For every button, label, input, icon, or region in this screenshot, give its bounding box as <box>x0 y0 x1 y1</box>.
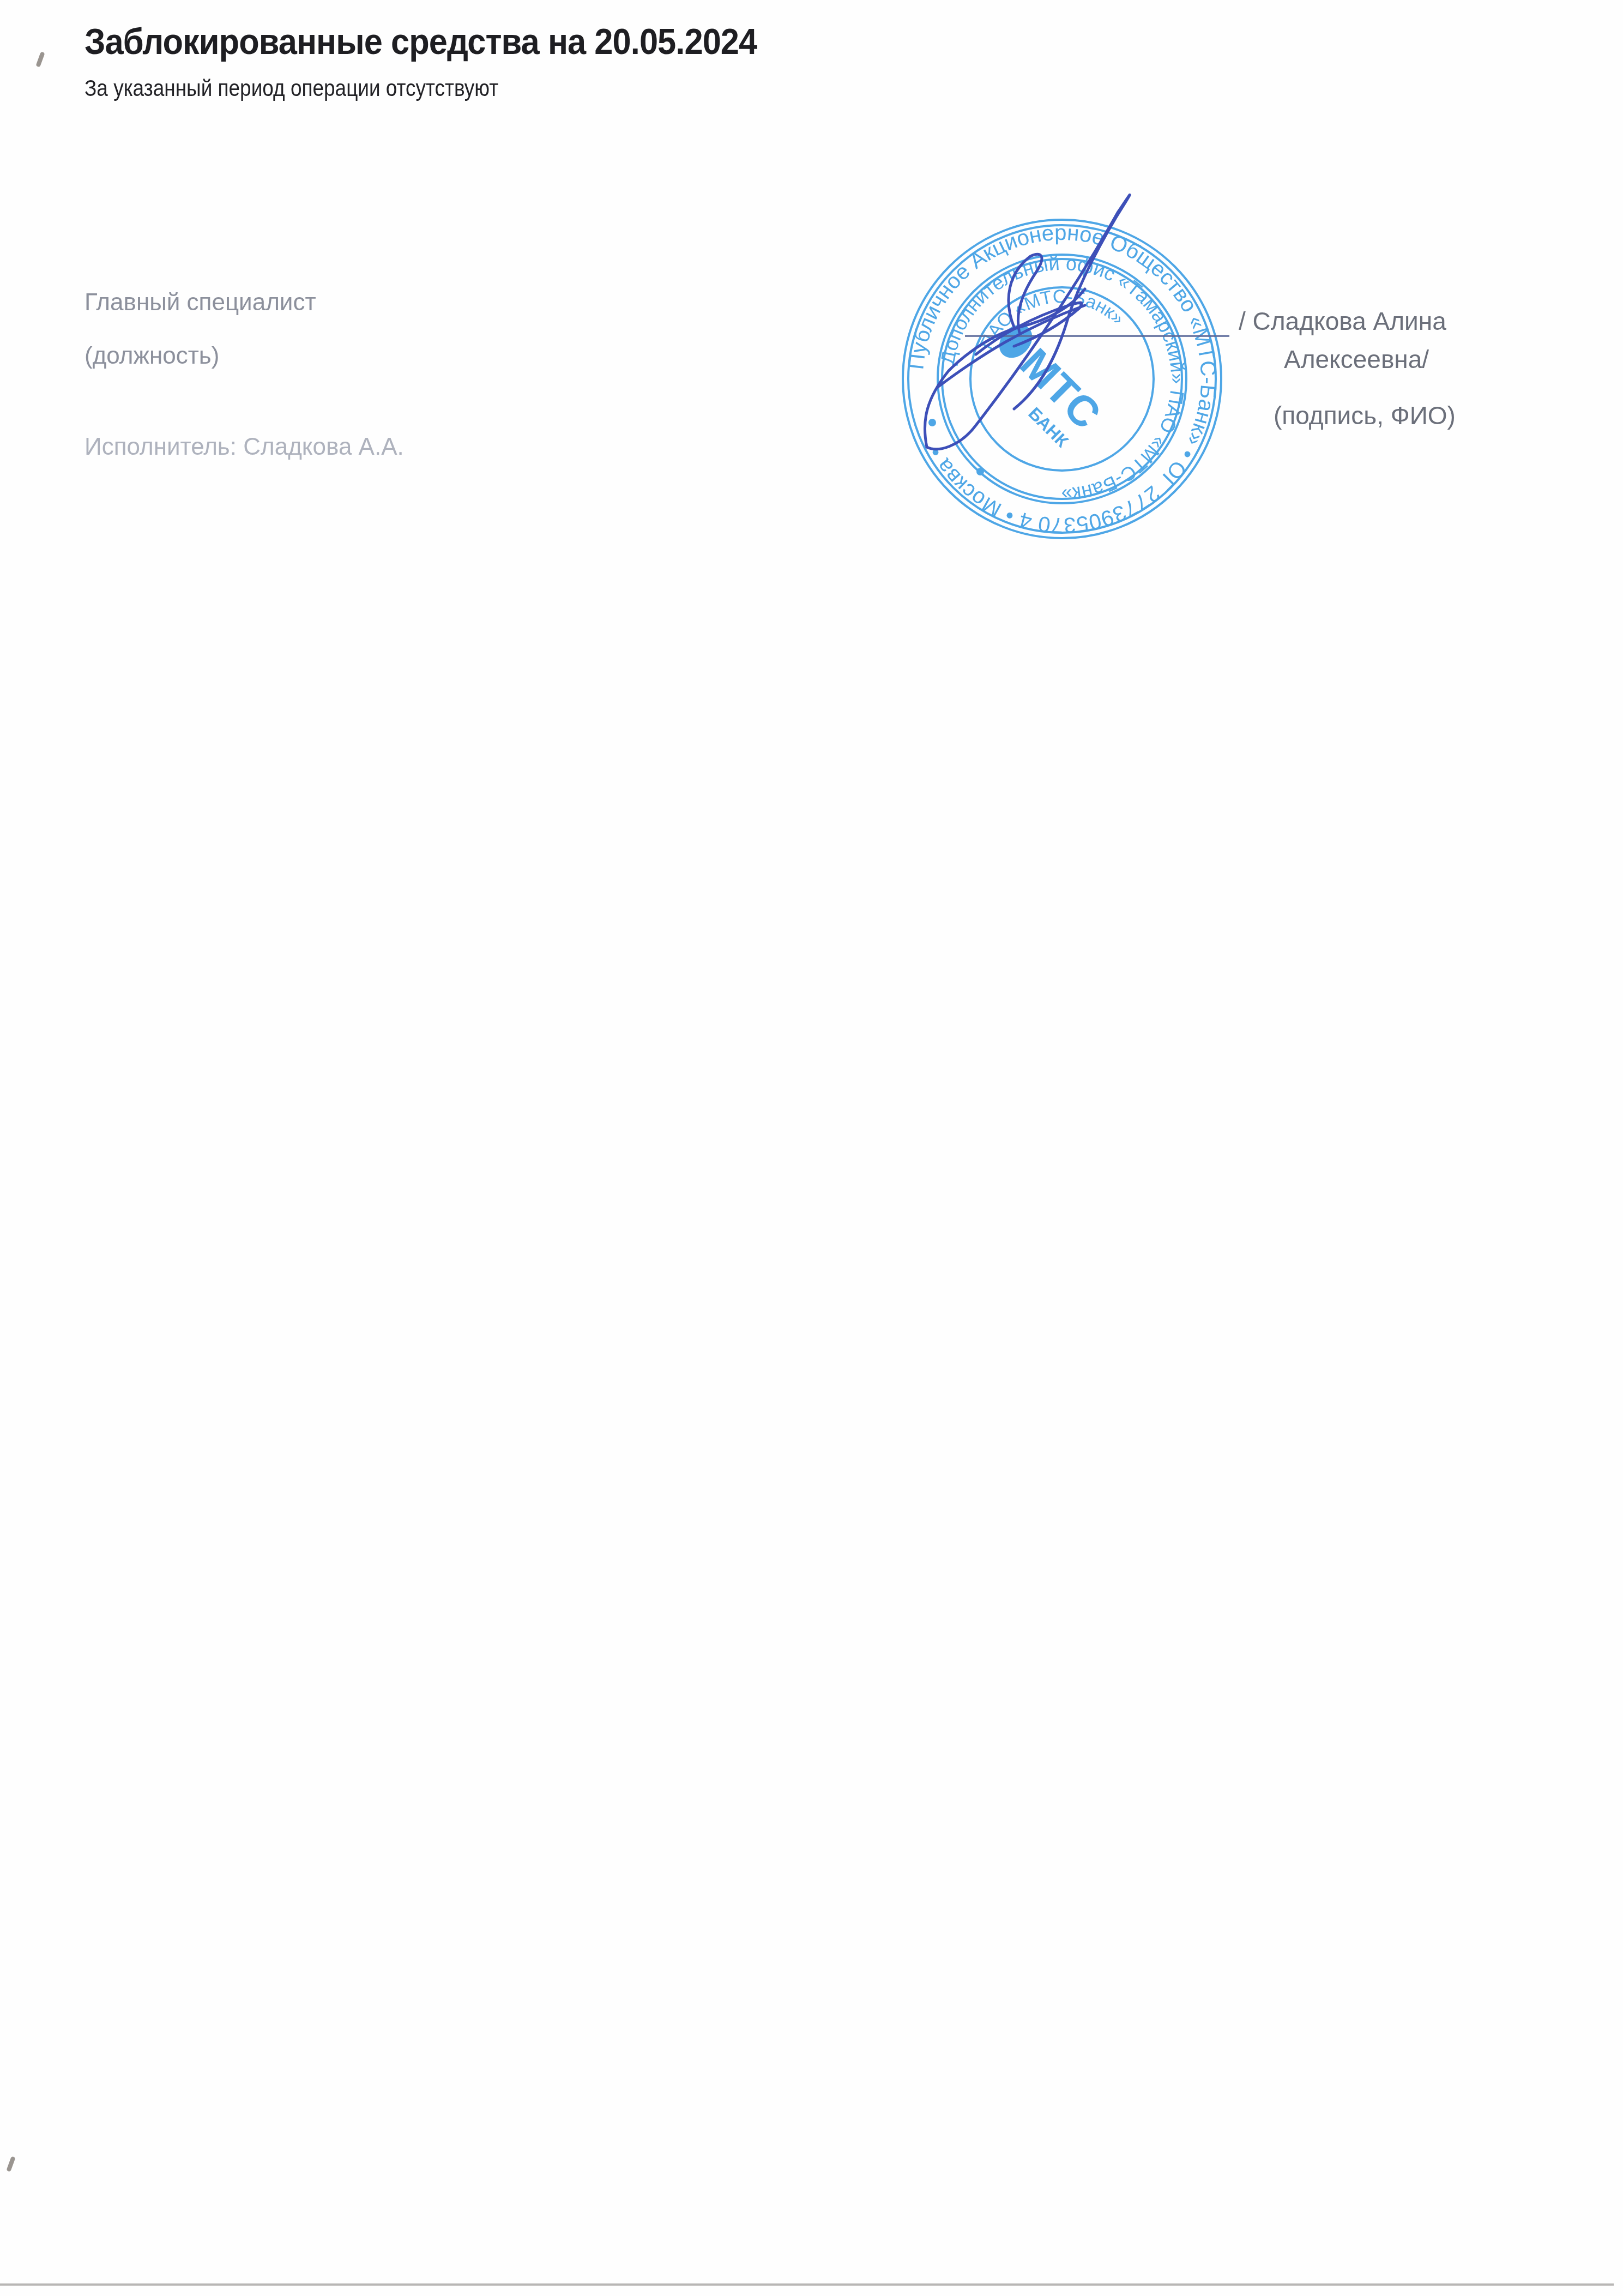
signature-caption: (подпись, ФИО) <box>1274 401 1456 430</box>
scan-artifact <box>6 2156 15 2172</box>
signatory-name-line1: / Сладкова Алина <box>1239 306 1446 336</box>
signatory-name-line2: Алексеевна/ <box>1284 345 1429 374</box>
scan-edge-line <box>0 2283 1614 2286</box>
position-caption: (должность) <box>85 342 219 370</box>
executor-line: Исполнитель: Сладкова А.А. <box>85 433 404 461</box>
signatory-position: Главный специалист <box>85 289 316 316</box>
handwritten-signature <box>905 191 1188 518</box>
document-subtitle: За указанный период операции отсутствуют <box>85 75 498 101</box>
scan-artifact <box>35 51 45 67</box>
document-title: Заблокированные средства на 20.05.2024 <box>85 21 757 62</box>
